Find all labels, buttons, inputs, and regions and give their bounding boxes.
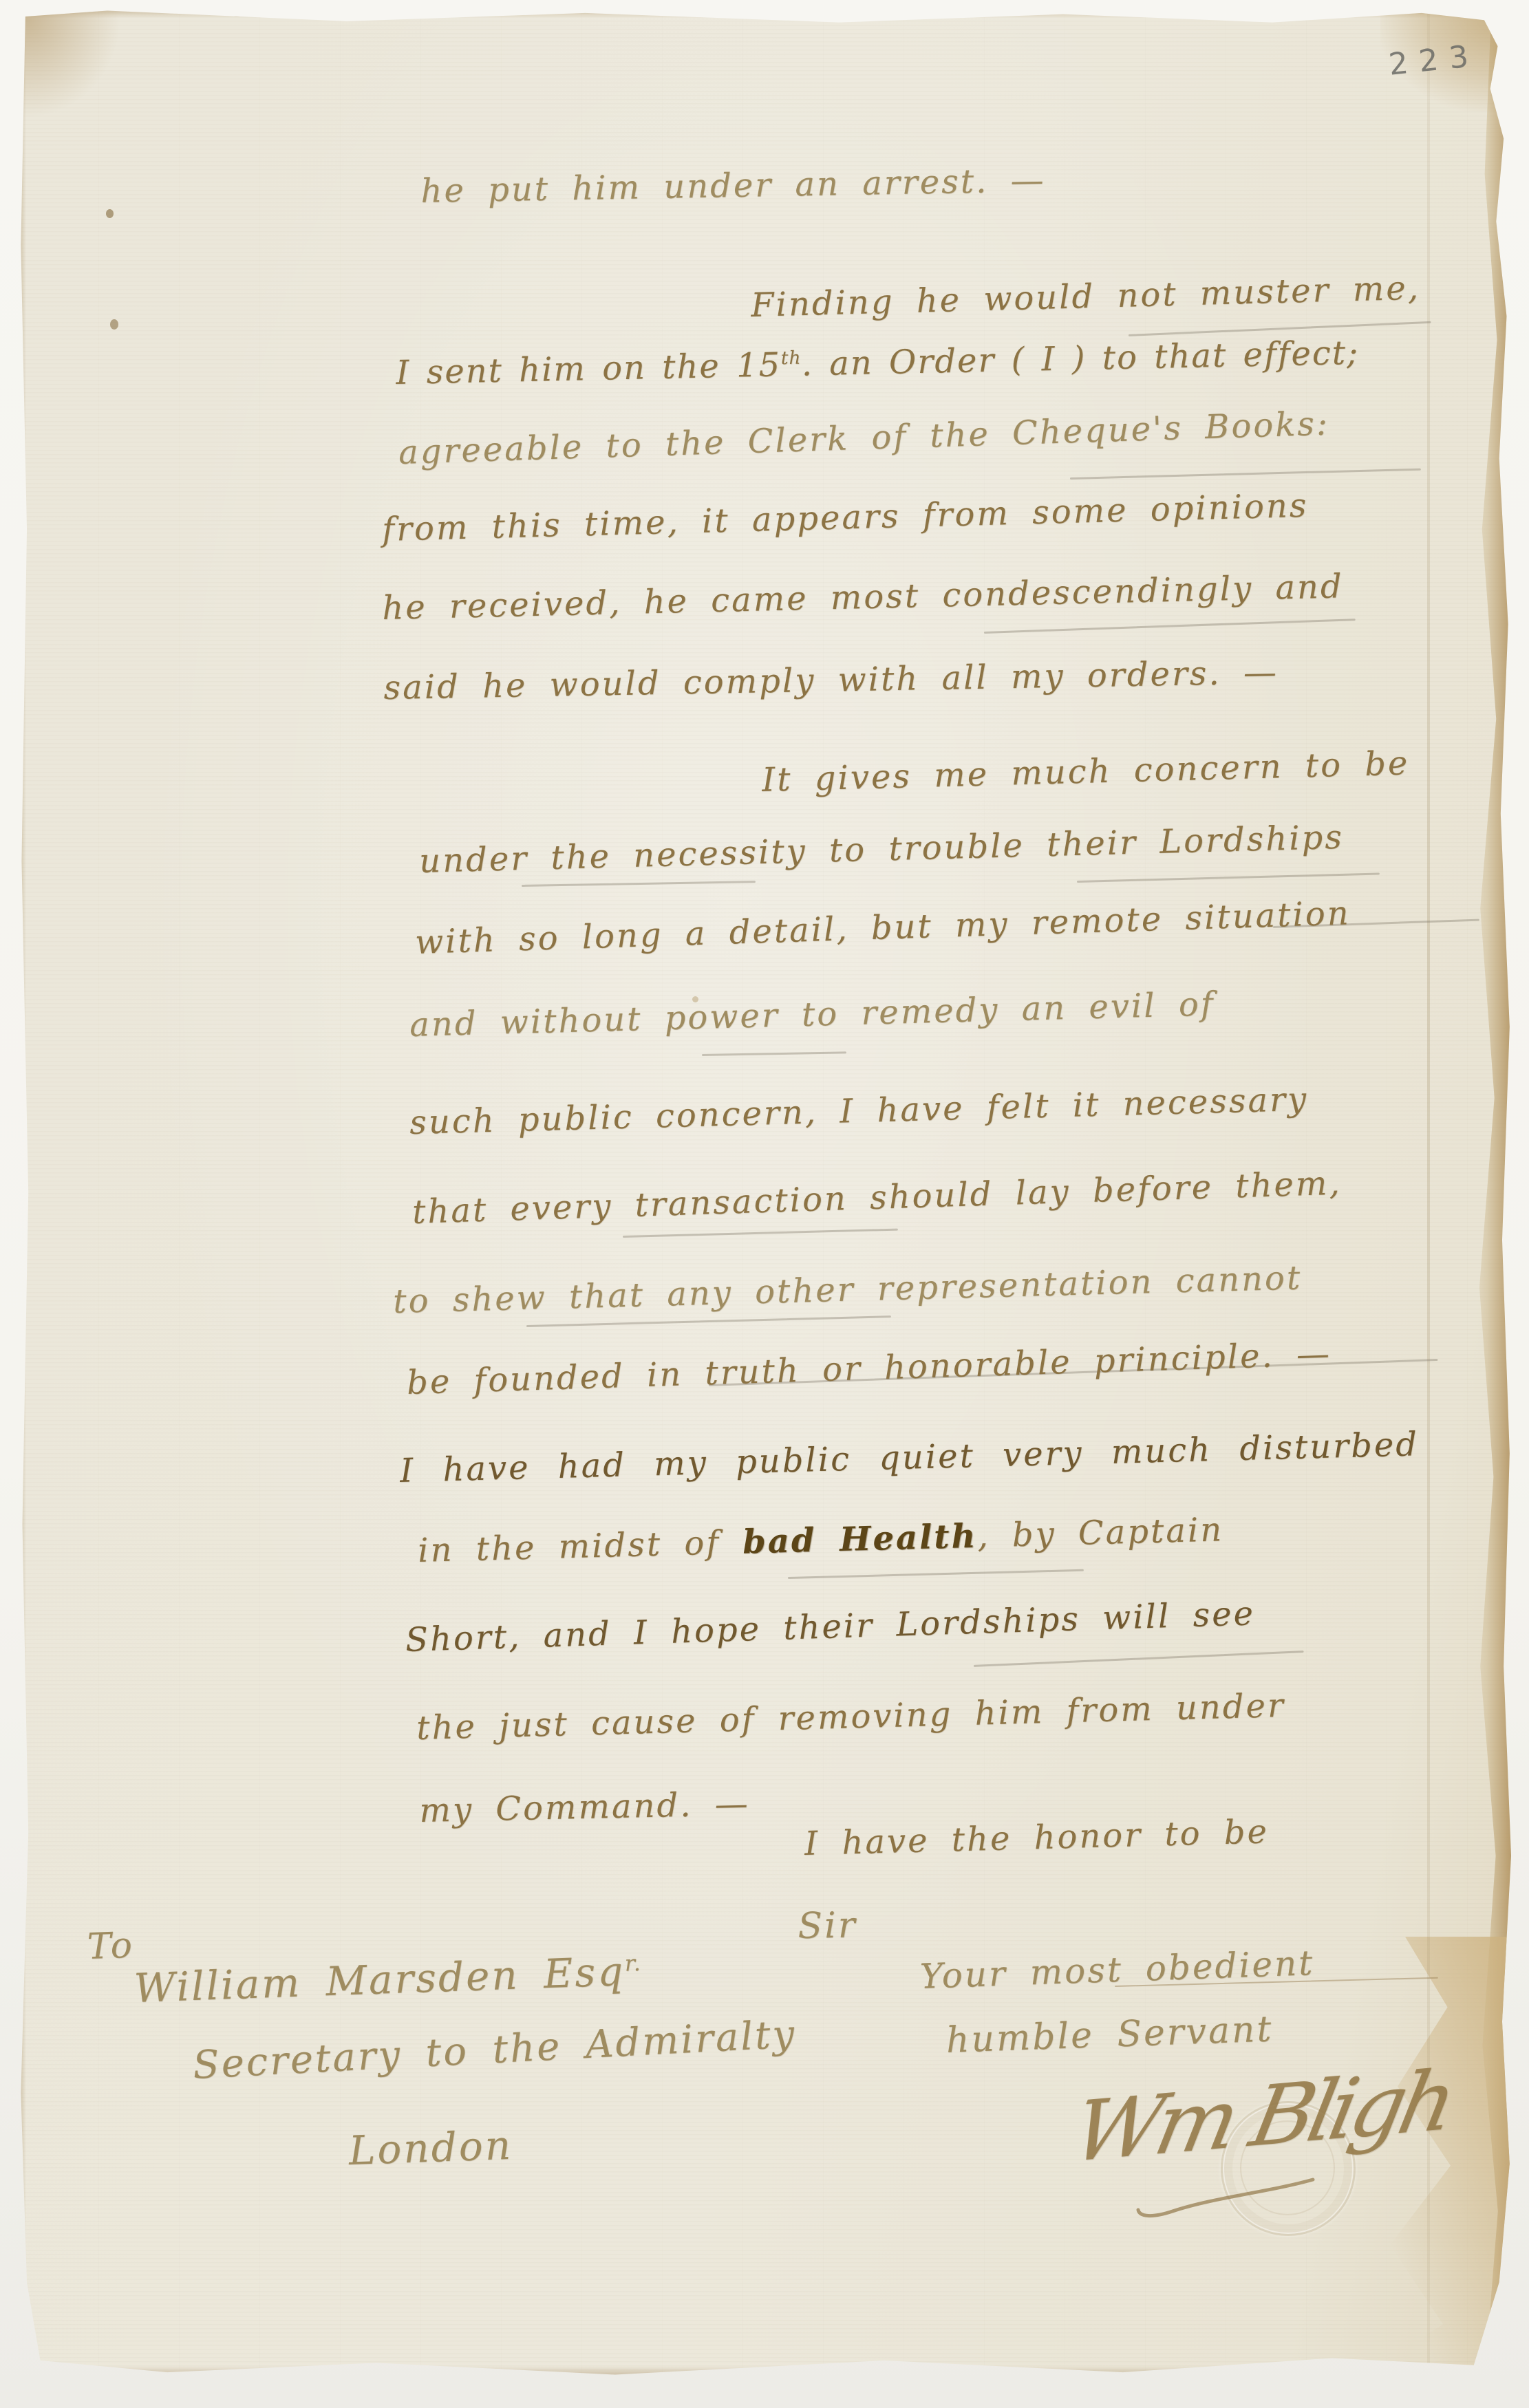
bottom-edge-toning	[18, 2366, 1511, 2377]
ordinal-superscript: th	[781, 347, 802, 369]
emphasized-words: bad Health	[742, 1517, 978, 1562]
bottom-right-corner-stain	[1360, 1937, 1511, 2377]
address-place: London	[348, 2122, 513, 2174]
top-left-corner-stain	[18, 8, 121, 118]
line-segment: , by Captain	[977, 1510, 1224, 1555]
foxing-spot	[228, 10, 256, 17]
top-edge-toning	[18, 8, 1511, 18]
foxing-spot	[106, 209, 114, 218]
vertical-crease	[1427, 8, 1430, 2377]
letter-line: my Command. —	[419, 1785, 750, 1830]
address-to: To	[87, 1925, 135, 1968]
foxing-spot	[110, 319, 118, 330]
scan-background: 223 he put him under an arrest. — Findin…	[0, 0, 1529, 2408]
address-name-superscript: r.	[624, 1950, 641, 1977]
left-edge-toning	[18, 8, 26, 2377]
deckled-right-edge	[1467, 8, 1511, 2377]
line-segment: I sent him on the 15	[396, 345, 782, 392]
closing-salutation: Sir	[798, 1905, 857, 1947]
